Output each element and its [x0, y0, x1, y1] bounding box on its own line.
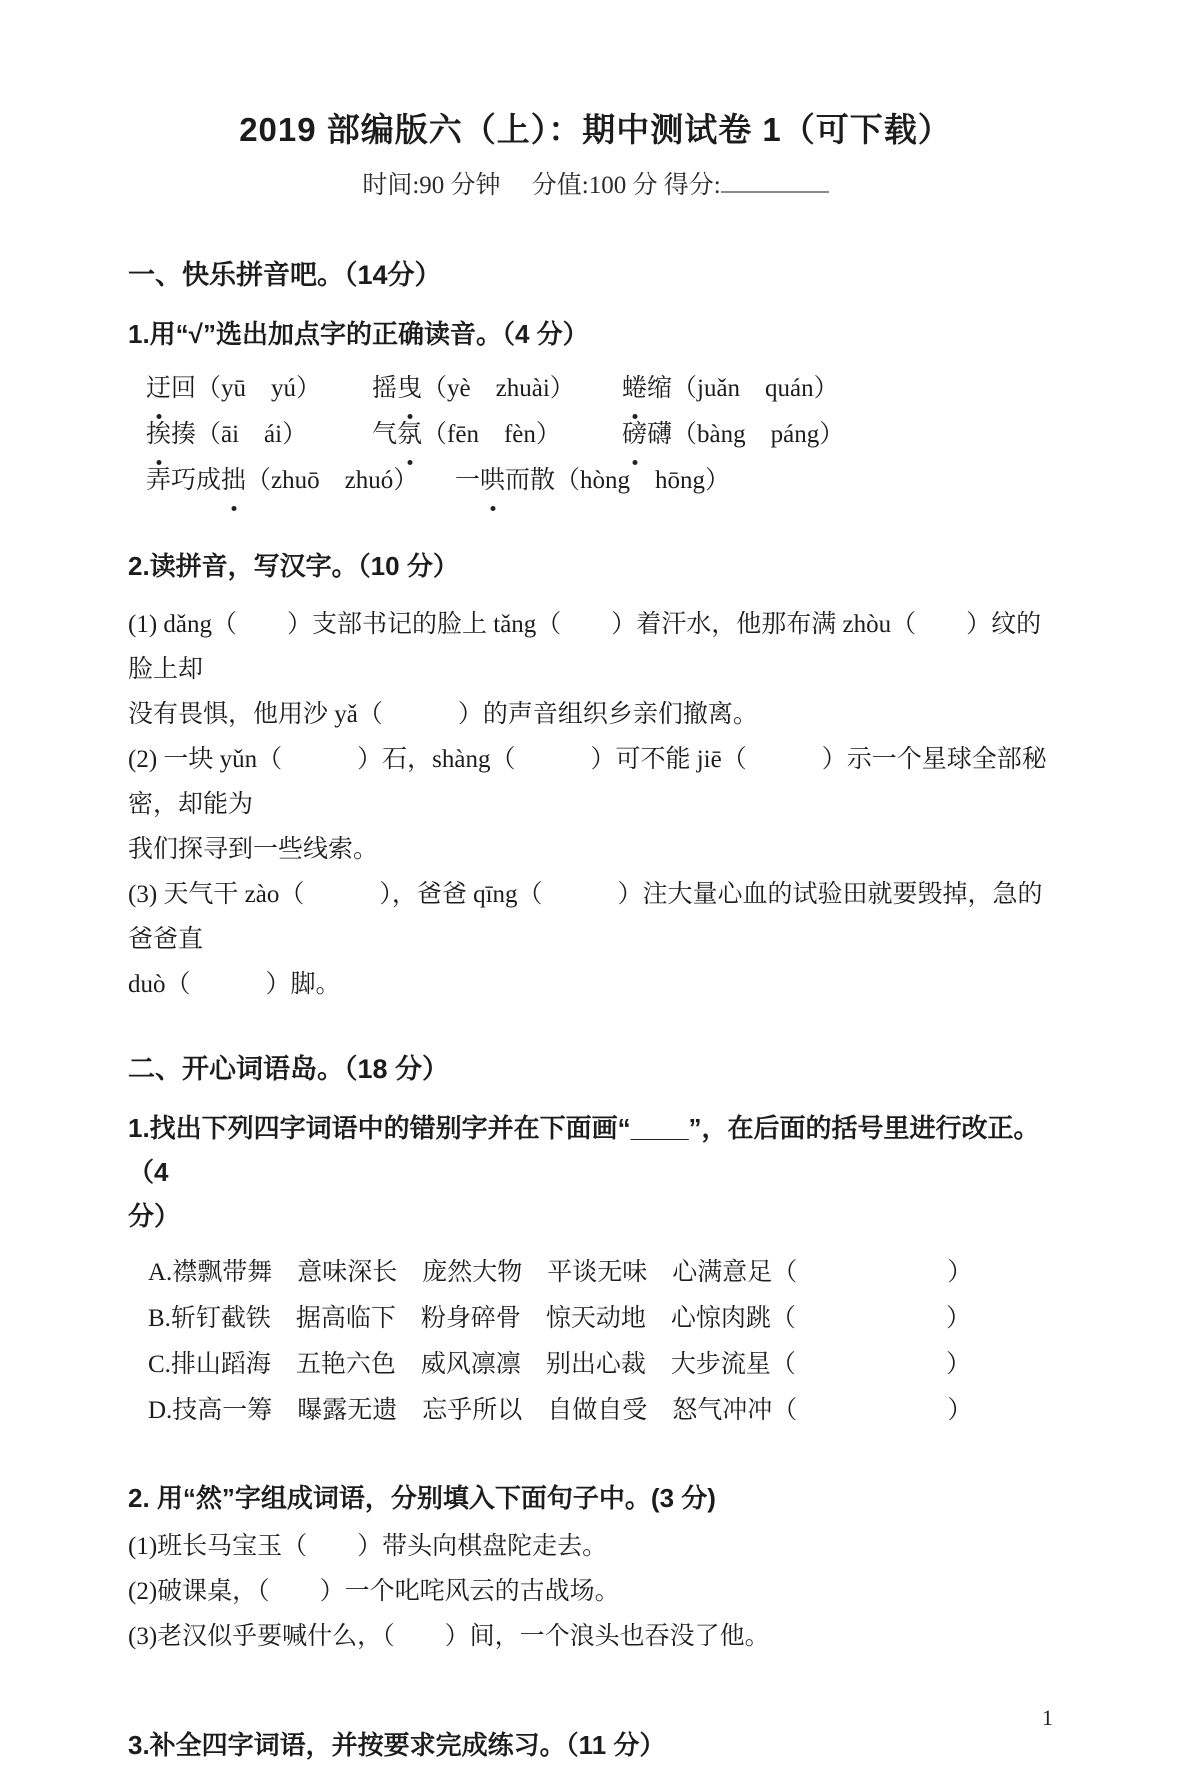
- pinyin-row-2: 挨揍（āi ái） 气氛（fēn fèn） 磅礴（bàng páng）: [146, 412, 1063, 458]
- dotted-char: 氛: [397, 412, 422, 458]
- section2-q3-heading: 3.补全四字词语，并按要求完成练习。（11 分）: [128, 1723, 1063, 1767]
- score-blank-line: [721, 167, 829, 193]
- section1-heading: 一、快乐拼音吧。（14分）: [128, 253, 1063, 292]
- pinyin-word: 挨揍（āi ái）: [146, 412, 372, 458]
- pinyin-word: 磅礴（bàng páng）: [622, 412, 844, 458]
- paragraph-line: duò（ ）脚。: [128, 962, 1063, 1007]
- dotted-char: 挨: [146, 412, 171, 458]
- write-hanzi-paragraphs: (1) dǎng（ ）支部书记的脸上 tǎng（ ）着汗水，他那布满 zhòu（…: [128, 602, 1063, 1007]
- option-row-a: A.襟飘带舞 意味深长 庞然大物 平谈无味 心满意足（）: [148, 1250, 1063, 1296]
- ran-word-sentences: (1)班长马宝玉（ ）带头向棋盘陀走去。 (2)破课桌，（ ）一个叱咤风云的古战…: [128, 1524, 1063, 1659]
- option-row-b: B.斩钉截铁 据高临下 粉身碎骨 惊天动地 心惊肉跳（）: [148, 1296, 1063, 1342]
- dotted-char: 拙: [221, 458, 246, 504]
- dotted-char: 迂: [146, 366, 171, 412]
- option-row-d: D.技高一筹 曝露无遗 忘乎所以 自做自受 怒气冲冲（）: [148, 1388, 1063, 1434]
- section1-q1-heading: 1.用“√”选出加点字的正确读音。（4 分）: [128, 312, 1063, 356]
- pinyin-word: 蜷缩（juǎn quán）: [622, 366, 839, 412]
- pinyin-row-3: 弄巧成拙（zhuō zhuó） 一哄而散（hòng hōng）: [146, 458, 1063, 504]
- sentence-item: (3)老汉似乎要喊什么，（ ）间，一个浪头也吞没了他。: [128, 1614, 1063, 1659]
- dotted-char: 哄: [480, 458, 505, 504]
- exam-meta-line: 时间:90 分钟 分值:100 分 得分:: [128, 165, 1063, 201]
- pinyin-word: 一哄而散（hòng hōng）: [455, 458, 730, 504]
- pinyin-word: 迂回（yū yú）: [146, 366, 372, 412]
- pinyin-choice-rows: 迂回（yū yú） 摇曳（yè zhuài） 蜷缩（juǎn quán） 挨揍（…: [128, 366, 1063, 504]
- paragraph-line: 没有畏惧，他用沙 yǎ（ ）的声音组织乡亲们撤离。: [128, 692, 1063, 737]
- pinyin-word: 摇曳（yè zhuài）: [372, 366, 622, 412]
- dotted-char: 磅: [622, 412, 647, 458]
- section2-q2-heading: 2. 用“然”字组成词语，分别填入下面句子中。(3 分): [128, 1476, 1063, 1520]
- paragraph-line: (2) 一块 yǔn（ ）石，shàng（ ）可不能 jiē（ ）示一个星球全部…: [128, 737, 1063, 827]
- pinyin-row-1: 迂回（yū yú） 摇曳（yè zhuài） 蜷缩（juǎn quán）: [146, 366, 1063, 412]
- misspelling-options: A.襟飘带舞 意味深长 庞然大物 平谈无味 心满意足（） B.斩钉截铁 据高临下…: [128, 1250, 1063, 1434]
- option-row-c: C.排山蹈海 五艳六色 威风凛凛 别出心裁 大步流星（）: [148, 1342, 1063, 1388]
- exam-paper-page: 2019 部编版六（上）：期中测试卷 1（可下载） 时间:90 分钟 分值:10…: [0, 0, 1191, 1767]
- page-number: 1: [1042, 1705, 1053, 1731]
- paragraph-line: (3) 天气干 zào（ ），爸爸 qīng（ ）注大量心血的试验田就要毁掉，急…: [128, 872, 1063, 962]
- page-title: 2019 部编版六（上）：期中测试卷 1（可下载）: [128, 104, 1063, 151]
- pinyin-word: 气氛（fēn fèn）: [372, 412, 622, 458]
- section1-q2-heading: 2.读拼音，写汉字。（10 分）: [128, 544, 1063, 588]
- paragraph-line: 我们探寻到一些线索。: [128, 827, 1063, 872]
- sentence-item: (2)破课桌，（ ）一个叱咤风云的古战场。: [128, 1569, 1063, 1614]
- section2-heading: 二、开心词语岛。（18 分）: [128, 1047, 1063, 1086]
- sentence-item: (1)班长马宝玉（ ）带头向棋盘陀走去。: [128, 1524, 1063, 1569]
- page-content: 2019 部编版六（上）：期中测试卷 1（可下载） 时间:90 分钟 分值:10…: [0, 0, 1191, 1767]
- exam-meta-label: 时间:90 分钟 分值:100 分 得分:: [362, 172, 720, 199]
- heading-line: 1.找出下列四字词语中的错别字并在下面画“____”，在后面的括号里进行改正。（…: [128, 1106, 1063, 1194]
- paragraph-line: (1) dǎng（ ）支部书记的脸上 tǎng（ ）着汗水，他那布满 zhòu（…: [128, 602, 1063, 692]
- section2-q1-heading: 1.找出下列四字词语中的错别字并在下面画“____”，在后面的括号里进行改正。（…: [128, 1106, 1063, 1238]
- heading-line: 分）: [128, 1194, 1063, 1238]
- dotted-char: 蜷: [622, 366, 647, 412]
- dotted-char: 曳: [397, 366, 422, 412]
